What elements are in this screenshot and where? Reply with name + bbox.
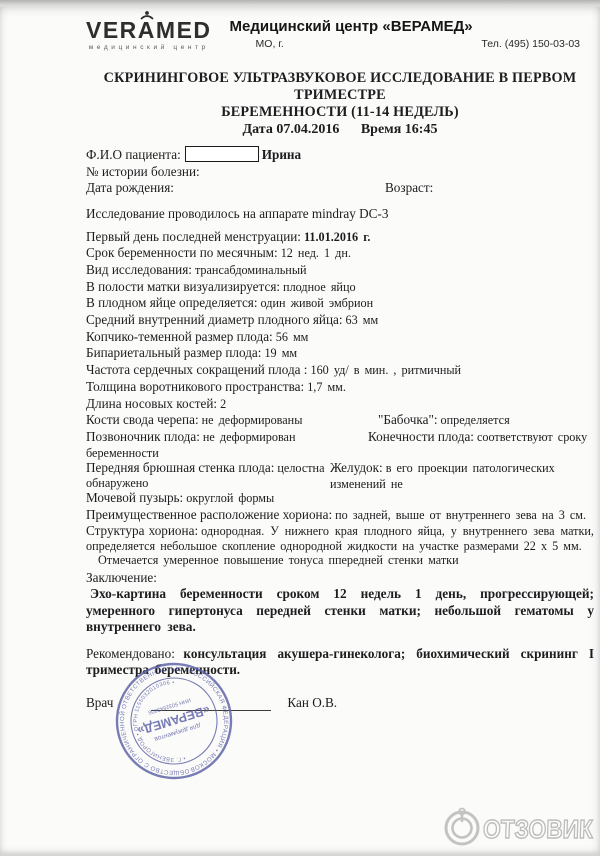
clinic-round-stamp: ОБЩЕСТВО С ОГРАНИЧЕННОЙ ОТВЕТСТВЕННОСТЬЮ… [98, 645, 250, 797]
patient-name-value: Ирина [262, 147, 301, 162]
document-content: VERAMED медицинский центр Медицинский це… [86, 18, 594, 711]
field-label: Средний внутренний диаметр плодного яйца… [86, 312, 343, 327]
title-line-2: БЕРЕМЕННОСТИ (11-14 НЕДЕЛЬ) [86, 104, 594, 121]
exam-date: Дата 07.04.2016 [243, 121, 340, 138]
logo-part-a: A [138, 17, 156, 43]
report-title: СКРИНИНГОВОЕ УЛЬТРАЗВУКОВОЕ ИССЛЕДОВАНИЕ… [86, 70, 594, 138]
field-value: 2 [217, 397, 226, 411]
field-label: Бипариетальный размер плода: [86, 345, 261, 360]
field-value: один живой эмбрион [258, 296, 374, 310]
otzovik-watermark: ОТЗОВИК [440, 801, 598, 851]
watermark-text: ОТЗОВИК [482, 814, 593, 844]
field-value: 12 нед. 1 дн. [278, 246, 351, 260]
clinic-phone: Тел. (495) 150-03-03 [481, 38, 580, 50]
field-value: округлой формы [183, 491, 274, 505]
field-bladder: Мочевой пузырь:округлой формы [86, 490, 594, 507]
field-crl: Копчико-теменной размер плода:56 мм [86, 329, 594, 346]
field-value: 63 мм [343, 313, 379, 327]
birthdate-line: Дата рождения: Возраст: [86, 180, 594, 197]
date-time-line: Дата 07.04.2016 Время 16:45 [86, 121, 594, 138]
field-nasal-bones: Длина носовых костей:2 [86, 396, 594, 413]
field-label: Срок беременности по месячным: [86, 245, 278, 260]
field-label: Вид исследования: [86, 262, 192, 277]
field-value: 19 мм [261, 346, 297, 360]
history-number-line: № истории болезни: [86, 164, 594, 181]
person-icon [140, 11, 154, 20]
logo-part-med: MED [156, 18, 212, 42]
field-value: трансабдоминальный [192, 263, 307, 277]
field-value: 11.01.2016 г. [301, 230, 370, 244]
scanned-document-page: VERAMED медицинский центр Медицинский це… [0, 0, 600, 856]
power-button-icon [446, 809, 478, 845]
field-bpd: Бипариетальный размер плода:19 мм [86, 345, 594, 362]
field-limbs: Конечности плода:соответствуют сроку [368, 429, 587, 446]
scan-edge-top [0, 0, 600, 8]
field-chorion-location: Преимущественное расположение хориона:по… [86, 507, 594, 524]
field-label: Желудок: [330, 460, 383, 475]
clinic-info: Медицинский центр «ВЕРАМЕД» МО, г. Тел. … [230, 18, 594, 50]
field-value: по задней, выше от внутреннего зева на 3… [332, 508, 586, 522]
field-label: Конечности плода: [368, 429, 474, 444]
patient-name-label: Ф.И.О пациента: [86, 147, 181, 162]
veramed-logo-word: VERAMED [86, 18, 212, 42]
field-ovum: В плодном яйце определяется:один живой э… [86, 295, 594, 312]
exam-time: Время 16:45 [361, 121, 438, 138]
field-abdominal-stomach: Передняя брюшная стенка плода:целостна Ж… [86, 460, 594, 477]
birthdate-label: Дата рождения: [86, 180, 174, 195]
field-value: определяется [438, 413, 510, 427]
field-label: В плодном яйце определяется: [86, 295, 258, 310]
logo-tagline: медицинский центр [86, 44, 212, 51]
field-label: Частота сердечных сокращений плода : [86, 362, 307, 377]
field-skull-butterfly: Кости свода черепа:не деформированы "Баб… [86, 412, 594, 429]
field-label: В полости матки визуализируется: [86, 279, 280, 294]
tonus-note: Отмечается умеренное повышение тонуса пп… [86, 553, 594, 568]
field-butterfly: "Бабочка":определяется [378, 412, 510, 429]
field-label: Первый день последней менструации: [86, 229, 301, 244]
field-label: Копчико-теменной размер плода: [86, 329, 273, 344]
field-value: не деформирован [200, 430, 296, 444]
veramed-logo: VERAMED медицинский центр [86, 18, 212, 51]
field-label: Мочевой пузырь: [86, 490, 183, 505]
clinic-subline: МО, г. Тел. (495) 150-03-03 [230, 38, 594, 50]
field-value: 1,7 мм. [304, 380, 346, 394]
field-label: Длина носовых костей: [86, 396, 217, 411]
conclusion-label: Заключение: [86, 570, 594, 587]
field-label: Преимущественное расположение хориона: [86, 507, 332, 522]
field-nt: Толщина воротникового пространства:1,7 м… [86, 379, 594, 396]
patient-block: Ф.И.О пациента:Ирина № истории болезни: … [86, 146, 594, 197]
field-heart-rate: Частота сердечных сокращений плода :160 … [86, 362, 594, 379]
clinic-header: VERAMED медицинский центр Медицинский це… [86, 18, 594, 66]
title-line-1: СКРИНИНГОВОЕ УЛЬТРАЗВУКОВОЕ ИССЛЕДОВАНИЕ… [86, 70, 594, 104]
conclusion-text: Эхо-картина беременности сроком 12 недел… [86, 586, 594, 636]
doctor-name: Кан О.В. [287, 695, 337, 711]
field-value: не деформированы [199, 413, 303, 427]
field-lmp: Первый день последней менструации:11.01.… [86, 229, 594, 246]
field-stomach: Желудок:в его проекции патологических из… [330, 460, 594, 493]
field-spine-limbs: Позвоночник плода:не деформирован Конечн… [86, 429, 594, 446]
field-uterus: В полости матки визуализируется:плодное … [86, 279, 594, 296]
logo-part-ver: VER [86, 18, 138, 42]
device-line: Исследование проводилось на аппарате min… [86, 206, 594, 222]
field-label: "Бабочка": [378, 412, 438, 427]
field-diameter: Средний внутренний диаметр плодного яйца… [86, 312, 594, 329]
limbs-continuation: беременности [86, 446, 594, 460]
field-value: целостна [274, 461, 324, 475]
field-chorion-structure: Структура хориона:однородная. У нижнего … [86, 524, 594, 554]
field-label: Передняя брюшная стенка плода: [86, 460, 274, 475]
measurements-block: Первый день последней менструации:11.01.… [86, 229, 594, 568]
field-exam-type: Вид исследования:трансабдоминальный [86, 262, 594, 279]
patient-surname-redaction-box [185, 146, 259, 162]
field-value: 56 мм [273, 330, 309, 344]
field-label: Структура хориона: [86, 523, 198, 538]
clinic-name: Медицинский центр «ВЕРАМЕД» [230, 18, 594, 35]
field-value: соответствуют сроку [474, 430, 587, 444]
field-label: Позвоночник плода: [86, 429, 200, 444]
field-value: плодное яйцо [280, 280, 356, 294]
field-term: Срок беременности по месячным:12 нед. 1 … [86, 245, 594, 262]
age-label: Возраст: [385, 180, 433, 197]
logo-letter-a-wrap: A [138, 18, 156, 42]
patient-name-line: Ф.И.О пациента:Ирина [86, 146, 594, 164]
field-label: Толщина воротникового пространства: [86, 379, 304, 394]
field-label: Кости свода черепа: [86, 412, 199, 427]
clinic-location: МО, г. [256, 38, 284, 50]
field-value: 160 уд/ в мин. , ритмичный [307, 363, 461, 377]
